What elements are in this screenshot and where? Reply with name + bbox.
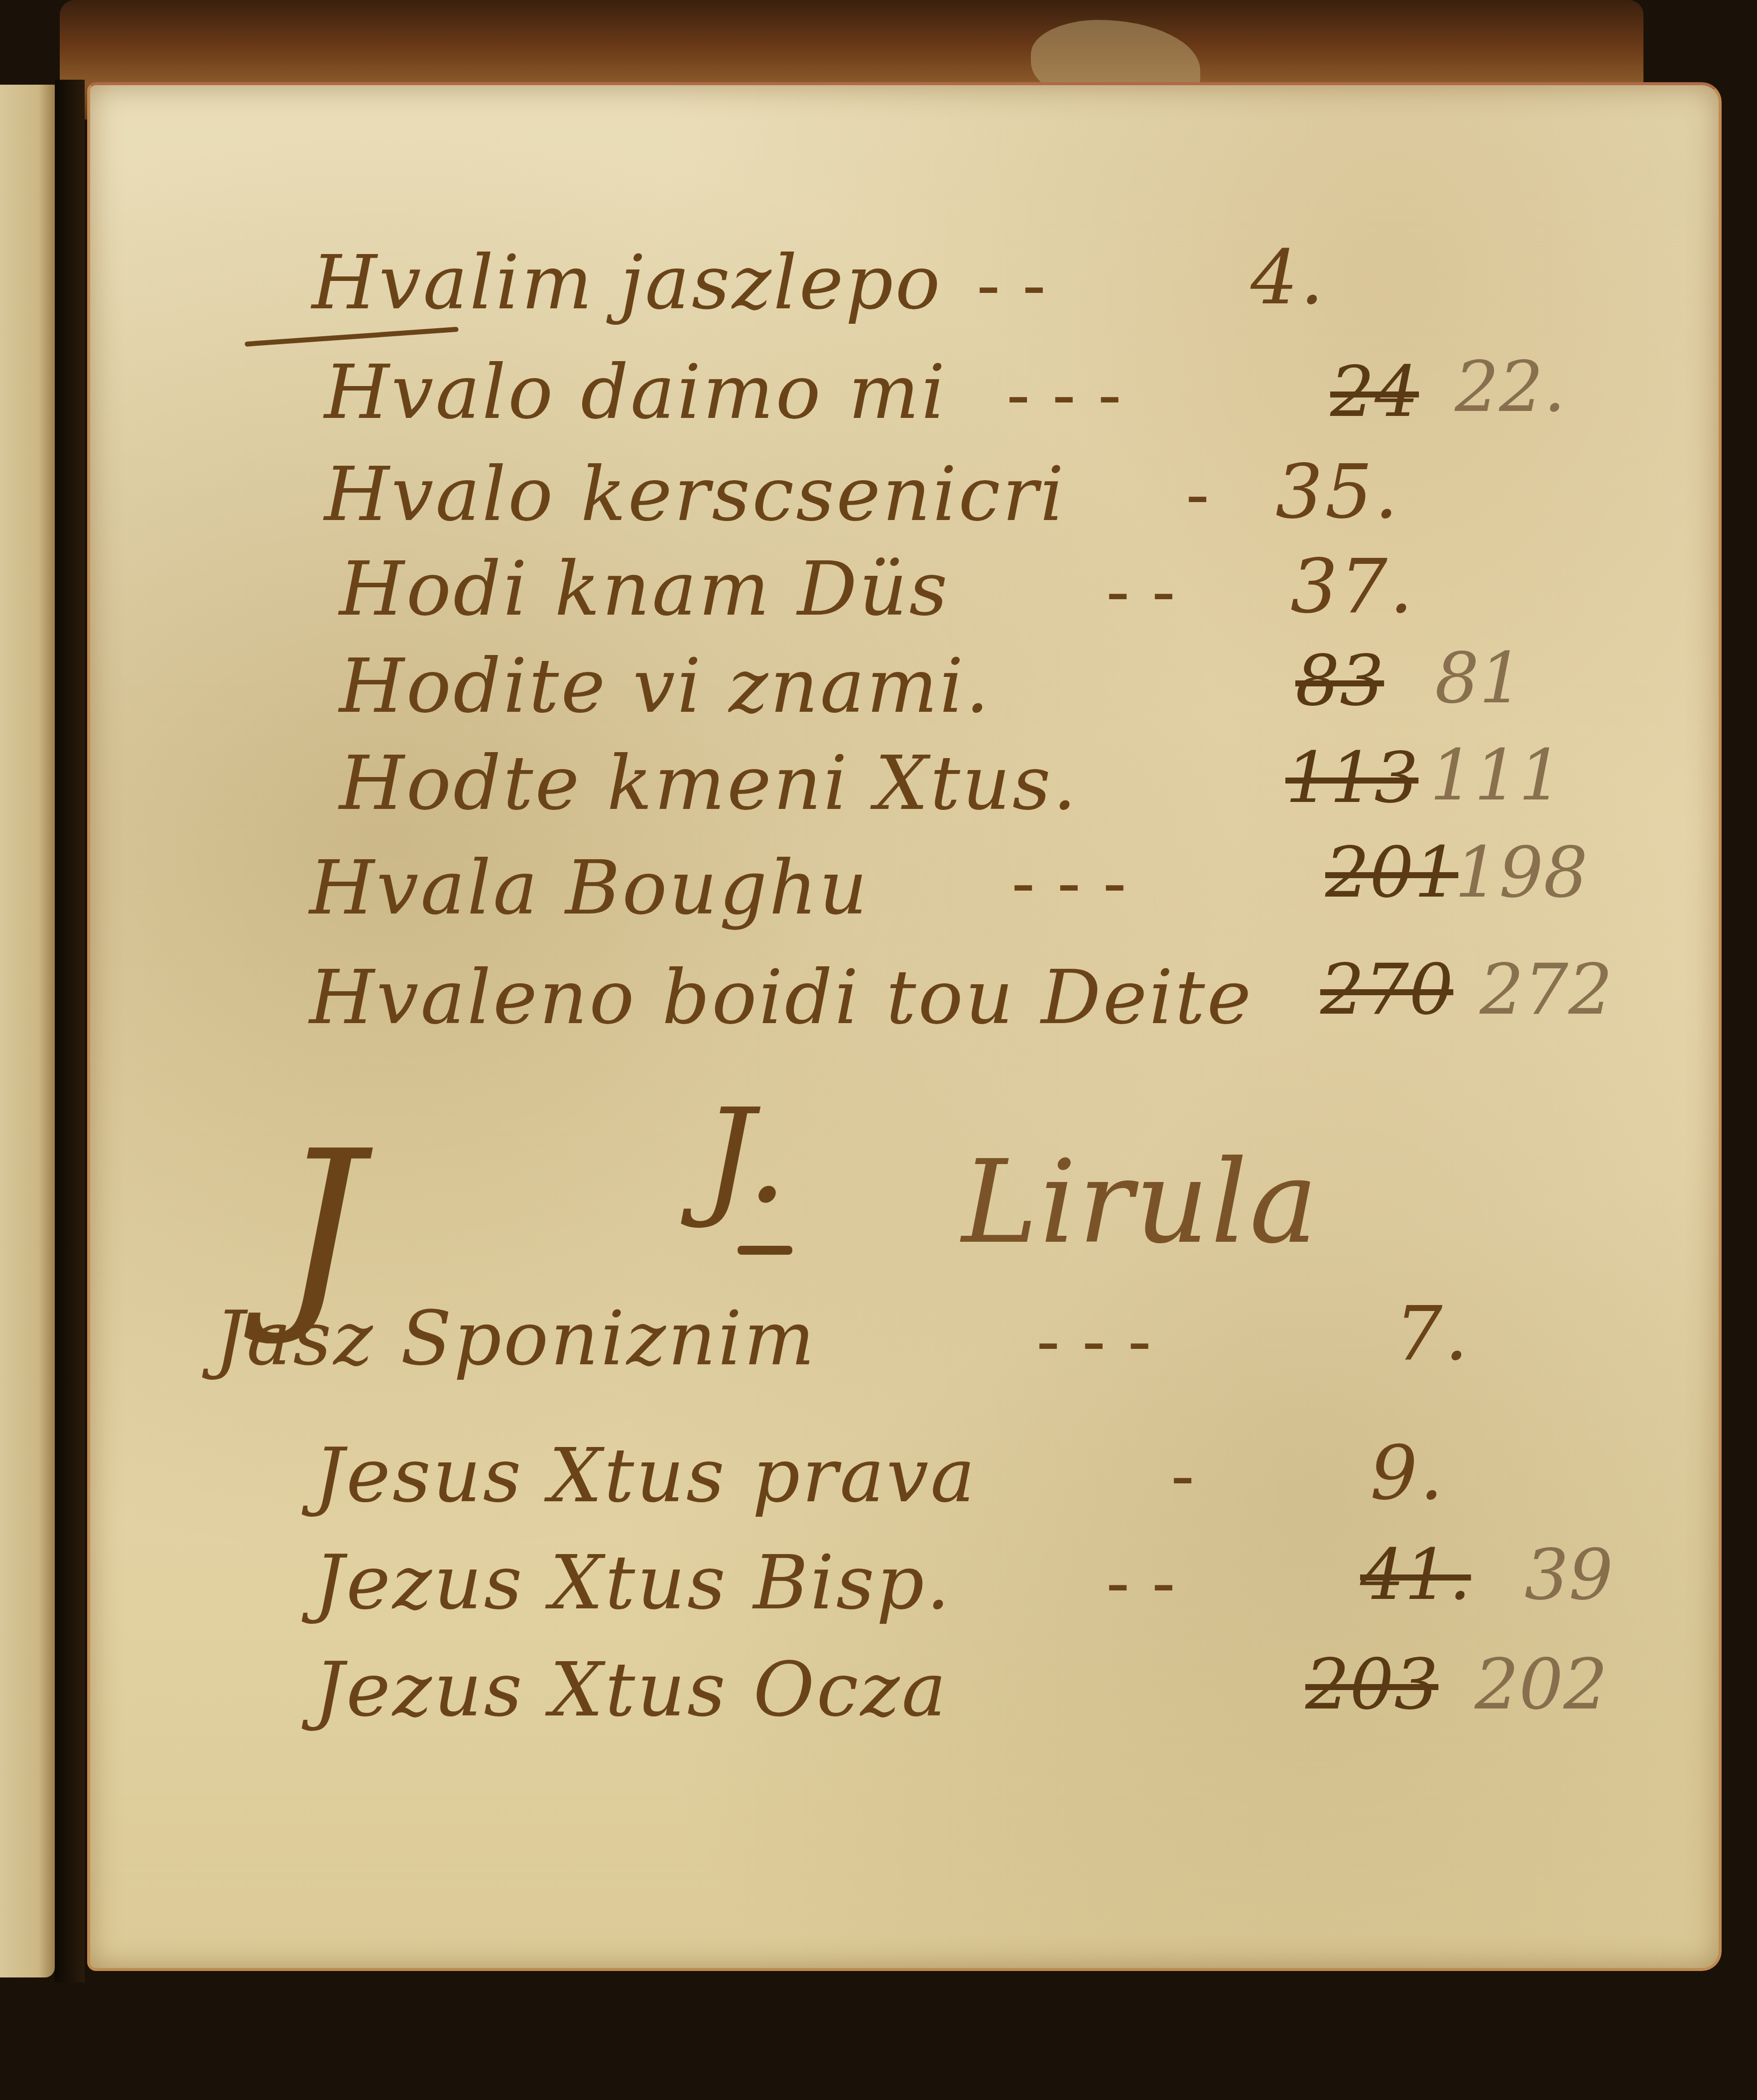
corrected-page-number: 198 <box>1455 832 1588 914</box>
entry-dashes: - - - <box>1011 842 1127 923</box>
heading-underline-mark <box>738 1246 792 1255</box>
page-number: 9. <box>1370 1430 1445 1517</box>
left-page-edge <box>0 85 55 1977</box>
entry-dashes: - <box>1171 1435 1194 1516</box>
entry-dashes: - - <box>1106 1542 1175 1623</box>
struck-page-number: 24 <box>1330 352 1419 433</box>
corrected-page-number: 272 <box>1480 949 1613 1031</box>
entry-title: Jezus Xtus Ocza <box>314 1647 948 1733</box>
entry-title: Jezus Xtus Bisp. <box>314 1540 952 1626</box>
struck-page-number: 41. <box>1360 1535 1471 1616</box>
struck-page-number: 203 <box>1305 1644 1438 1725</box>
entry-title: Jasz Sponiznim <box>215 1296 817 1382</box>
entry-dashes: - - - <box>1006 354 1122 435</box>
section-heading-letter: J. <box>703 1081 790 1232</box>
struck-page-number: 270 <box>1320 949 1453 1031</box>
entry-title: Hvalim jaszlepo <box>312 240 942 326</box>
entry-dashes: - - <box>977 245 1046 326</box>
entry-title: Jesus Xtus prava <box>314 1433 977 1519</box>
section-heading-word: Lirula <box>962 1136 1320 1269</box>
struck-page-number: 113 <box>1285 738 1418 819</box>
entry-title: Hvaleno boidi tou Deite <box>309 954 1253 1041</box>
page-number: 4. <box>1251 235 1326 321</box>
struck-page-number: 201 <box>1325 832 1458 914</box>
corrected-page-number: 39 <box>1524 1535 1613 1616</box>
entry-title: Hodite vi znami. <box>339 643 991 730</box>
corrected-page-number: 22. <box>1455 347 1566 428</box>
manuscript-page: Hvalim jaszlepo - - 4. Hvalo daimo mi - … <box>87 82 1722 1971</box>
entry-title: Hvala Boughu <box>309 845 869 931</box>
book-spine-gutter <box>55 80 85 1982</box>
corrected-page-number: 202 <box>1475 1644 1608 1725</box>
entry-title: Hodi knam Düs <box>339 546 950 633</box>
entry-dashes: - - - <box>1036 1301 1151 1382</box>
entry-title: Hodte kmeni Xtus. <box>339 740 1078 827</box>
corrected-page-number: 81 <box>1435 638 1523 719</box>
entry-dashes: - - <box>1106 551 1175 632</box>
entry-dashes: - <box>1186 454 1209 535</box>
entry-title: Hvalo daimo mi <box>324 349 947 436</box>
entry-flourish-stroke <box>245 327 459 347</box>
entry-title: Hvalo kerscsenicri <box>324 451 1066 538</box>
corrected-page-number: 111 <box>1430 735 1563 816</box>
page-number: 7. <box>1395 1291 1470 1377</box>
page-number: 37. <box>1290 543 1415 630</box>
struck-page-number: 83 <box>1295 641 1384 722</box>
page-number: 35. <box>1275 449 1400 535</box>
